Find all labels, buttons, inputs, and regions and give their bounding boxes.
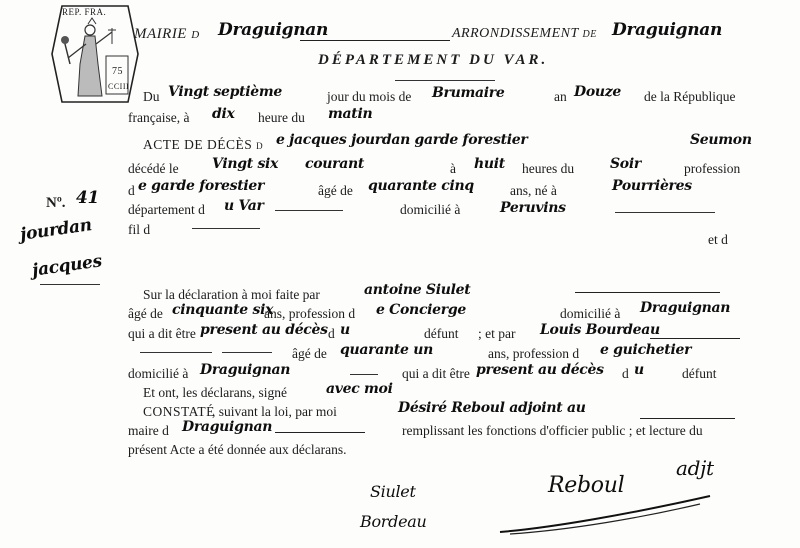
defunt-article: u <box>340 322 350 338</box>
declarant2-relation: present au décès <box>476 362 604 378</box>
day-value: Vingt septième <box>168 84 282 100</box>
signature-siulet: Siulet <box>370 484 416 500</box>
declarant1-profession: e Concierge <box>376 302 466 318</box>
margin-given-name: jacques <box>31 253 103 279</box>
header-rule <box>300 40 450 41</box>
blank-rule <box>650 338 740 339</box>
blank-rule <box>615 212 715 213</box>
acte-label: ACTE DE DÉCÈS d <box>143 137 263 153</box>
an-label: an <box>554 89 567 105</box>
age-de-label: âgé de <box>292 346 327 362</box>
maire-city: Draguignan <box>182 419 272 435</box>
arrondissement-city: Draguignan <box>612 22 722 38</box>
departement-title: DÉPARTEMENT DU VAR. <box>318 52 548 68</box>
stamp-roman: CCIII <box>108 82 129 91</box>
domicilie-label: domicilié à <box>560 306 620 322</box>
maire-d-label: maire d <box>128 423 169 439</box>
mairie-label: MAIRIE d <box>134 26 200 42</box>
birthplace: Pourrières <box>612 178 692 194</box>
francaise-label: française, à <box>128 110 189 126</box>
blank-rule <box>275 432 365 433</box>
birth-department: u Var <box>224 198 264 214</box>
defunt-label: défunt <box>682 366 717 382</box>
death-period: Soir <box>610 156 641 172</box>
decede-le-label: décédé le <box>128 161 179 177</box>
d-prefix: d <box>622 366 629 382</box>
a-label: à <box>450 161 456 177</box>
et-par-label: ; et par <box>478 326 515 342</box>
death-certificate-page: REP. FRA. 75 CCIII MAIRIE d Draguignan A… <box>0 0 800 548</box>
profession-value: e garde forestier <box>138 178 264 194</box>
blank-rule <box>350 374 378 375</box>
ans-ne-a-label: ans, né à <box>510 183 557 199</box>
age-de-label: âgé de <box>318 183 353 199</box>
departement-d-label: département d <box>128 202 205 218</box>
qui-a-dit-label: qui a dit être <box>128 326 196 342</box>
blank-rule <box>192 228 260 229</box>
signe-avec: avec moi <box>326 381 393 397</box>
death-hour: huit <box>474 156 505 172</box>
constate-label: CONSTATÉ <box>143 404 215 420</box>
year-value: Douze <box>574 84 621 100</box>
mairie-city: Draguignan <box>218 22 328 38</box>
profession-label: profession <box>684 161 740 177</box>
jour-du-mois-label: jour du mois de <box>327 89 411 105</box>
deceased-name: e jacques jourdan garde forestier <box>276 132 527 148</box>
heures-du-label: heures du <box>522 161 574 177</box>
d-prefix: d <box>328 326 335 342</box>
signature-title: adjt <box>676 460 714 476</box>
margin-surname: jourdan <box>19 217 92 243</box>
declarant2-age: quarante un <box>340 342 433 358</box>
courant-value: courant <box>305 156 364 172</box>
blank-rule <box>640 418 735 419</box>
domicilie-label: domicilié à <box>128 366 188 382</box>
et-ont-label: Et ont, les déclarans, signé <box>143 385 287 401</box>
declarant1-name: antoine Siulet <box>364 282 470 298</box>
stamp-top-text: REP. FRA. <box>62 7 106 17</box>
constate-text: , suivant la loi, par moi <box>212 404 337 420</box>
fil-d-label: fil d <box>128 222 150 238</box>
blank-rule <box>275 210 343 211</box>
header-underline <box>395 80 495 81</box>
domicile-value: Peruvins <box>500 200 566 216</box>
declarant2-domicile: Draguignan <box>200 362 290 378</box>
qui-a-dit-label: qui a dit être <box>402 366 470 382</box>
declarant2-name: Louis Bourdeau <box>540 322 660 338</box>
stamp-number: 75 <box>112 66 123 77</box>
age-de-label: âgé de <box>128 306 163 322</box>
ans-profession-label: ans, profession d <box>488 346 579 362</box>
blank-rule <box>222 352 272 353</box>
period-value: matin <box>328 106 372 122</box>
number-label: Nº. <box>46 195 66 211</box>
deceased-name-cont: Seumon <box>690 132 752 148</box>
death-day: Vingt six <box>212 156 278 172</box>
officer-name: Désiré Reboul adjoint au <box>398 400 586 416</box>
age-value: quarante cinq <box>368 178 474 194</box>
domicilie-label: domicilié à <box>400 202 460 218</box>
hour-value: dix <box>212 106 235 122</box>
blank-rule <box>575 292 720 293</box>
arrondissement-label: ARRONDISSEMENT de <box>452 26 597 42</box>
defunt-article: u <box>634 362 644 378</box>
declarant2-profession: e guichetier <box>600 342 691 358</box>
d-prefix: d <box>128 183 135 199</box>
declarant1-domicile: Draguignan <box>640 300 730 316</box>
signature-flourish-icon <box>490 490 730 540</box>
signature-bordeau: Bordeau <box>360 514 427 530</box>
du-label: Du <box>143 89 160 105</box>
defunt-label: défunt <box>424 326 459 342</box>
et-d-label: et d <box>708 232 728 248</box>
margin-rule <box>40 284 100 285</box>
sur-la-declaration-label: Sur la déclaration à moi faite par <box>143 287 320 303</box>
declarant1-age: cinquante six <box>172 302 273 318</box>
ans-profession-label: ans, profession d <box>264 306 355 322</box>
month-value: Brumaire <box>432 85 504 101</box>
blank-rule <box>140 352 212 353</box>
republic-stamp: REP. FRA. 75 CCIII <box>50 4 140 104</box>
present-acte-text: présent Acte a été donnée aux déclarans. <box>128 442 347 458</box>
republique-label: de la République <box>644 89 735 105</box>
heure-du-label: heure du <box>258 110 305 126</box>
remplissant-text: remplissant les fonctions d'officier pub… <box>402 423 703 439</box>
declarant1-relation: present au décès <box>200 322 328 338</box>
number-value: 41 <box>76 190 99 206</box>
